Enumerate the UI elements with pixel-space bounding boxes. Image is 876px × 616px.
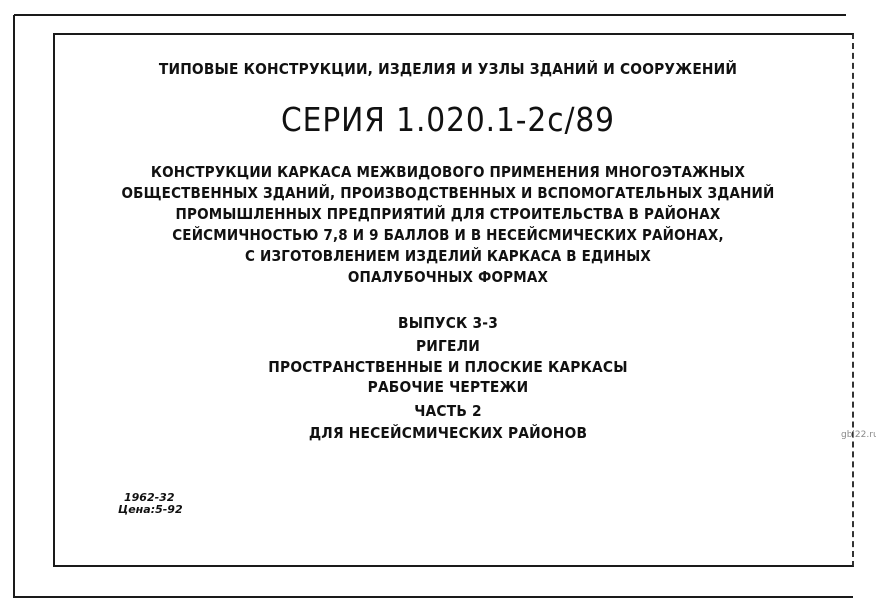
issue-subtitle: ПРОСТРАНСТВЕННЫЕ И ПЛОСКИЕ КАРКАСЫ <box>45 358 851 376</box>
stamp-price: Цена:5-92 <box>118 503 183 516</box>
description-line: ПРОМЫШЛЕННЫХ ПРЕДПРИЯТИЙ ДЛЯ СТРОИТЕЛЬСТ… <box>54 205 842 223</box>
description-line: КОНСТРУКЦИИ КАРКАСА МЕЖВИДОВОГО ПРИМЕНЕН… <box>54 163 842 181</box>
description-line: ОБЩЕСТВЕННЫХ ЗДАНИЙ, ПРОИЗВОДСТВЕННЫХ И … <box>54 184 842 202</box>
issue-number: ВЫПУСК 3-3 <box>45 314 851 332</box>
watermark: gbi22.ru <box>841 430 876 440</box>
outer-frame-left <box>13 15 15 596</box>
series-title: СЕРИЯ 1.020.1-2с/89 <box>54 100 842 139</box>
outer-frame-top <box>14 14 846 16</box>
part-title: ДЛЯ НЕСЕЙСМИЧЕСКИХ РАЙОНОВ <box>45 424 851 442</box>
part-number: ЧАСТЬ 2 <box>45 402 851 420</box>
description-line: СЕЙСМИЧНОСТЬЮ 7,8 И 9 БАЛЛОВ И В НЕСЕЙСМ… <box>54 226 842 244</box>
outer-frame-bottom <box>13 596 853 598</box>
issue-title: РИГЕЛИ <box>45 337 851 355</box>
description-line: С ИЗГОТОВЛЕНИЕМ ИЗДЕЛИЙ КАРКАСА В ЕДИНЫХ <box>54 247 842 265</box>
description-line: ОПАЛУБОЧНЫХ ФОРМАХ <box>54 268 842 286</box>
drawings-type: РАБОЧИЕ ЧЕРТЕЖИ <box>45 378 851 396</box>
document-header: ТИПОВЫЕ КОНСТРУКЦИИ, ИЗДЕЛИЯ И УЗЛЫ ЗДАН… <box>45 60 851 78</box>
